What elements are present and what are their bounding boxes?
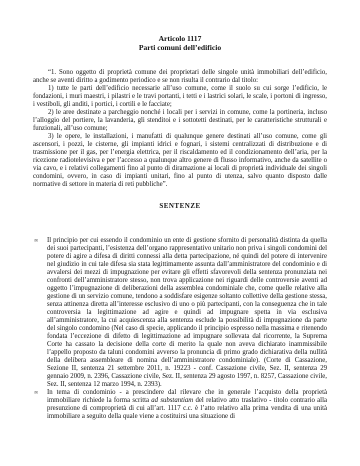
list-item-text: Il principio per cui essendo il condomin… (47, 237, 327, 389)
article-paragraph-item2: 2) le aree destinate a parcheggio nonché… (33, 109, 327, 133)
infinity-bullet-icon: ∞ (33, 237, 47, 245)
article-paragraph-intro: “1. Sono oggetto di proprietà comune dei… (33, 69, 327, 85)
article-title: Articolo 1117 Parti comuni dell’edificio (33, 0, 327, 52)
document-page: Articolo 1117 Parti comuni dell’edificio… (0, 0, 360, 466)
article-paragraph-item1: 1) tutte le parti dell’edificio necessar… (33, 85, 327, 109)
section-heading-sentenze: SENTENZE (33, 202, 327, 210)
list-item: ∞ Il principio per cui essendo il condom… (33, 237, 327, 389)
article-subtitle: Parti comuni dell’edificio (33, 43, 327, 52)
list-item-text: In tema di condominio - a prescindere da… (47, 389, 327, 421)
article-text-block: “1. Sono oggetto di proprietà comune dei… (33, 69, 327, 189)
page-content: Articolo 1117 Parti comuni dell’edificio… (0, 0, 360, 421)
infinity-bullet-icon: ∞ (33, 389, 47, 397)
sentenze-list: ∞ Il principio per cui essendo il condom… (33, 237, 327, 421)
article-number: Articolo 1117 (33, 34, 327, 43)
article-paragraph-item3: 3) le opere, le installazioni, i manufat… (33, 133, 327, 189)
latin-phrase-italic: ad substantiam (151, 397, 193, 404)
list-item: ∞ In tema di condominio - a prescindere … (33, 389, 327, 421)
